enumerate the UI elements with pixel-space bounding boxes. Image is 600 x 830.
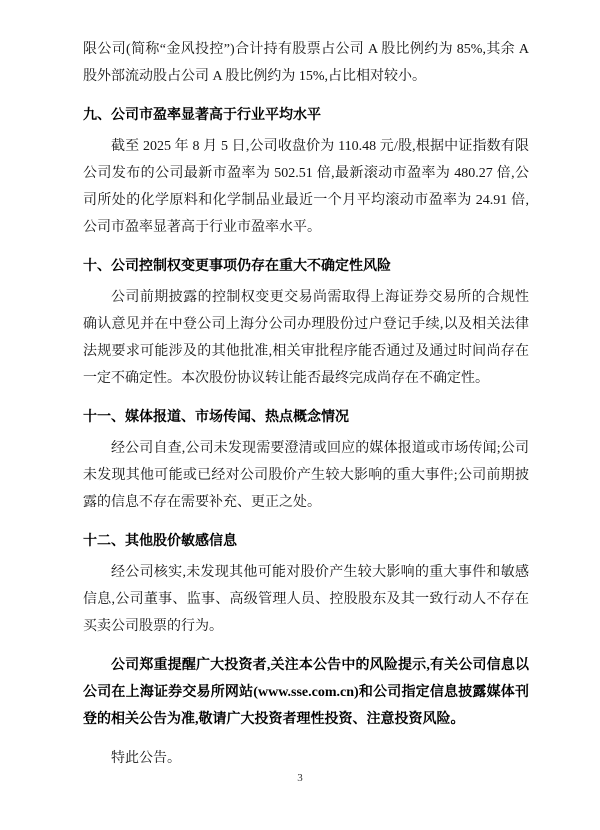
section-heading-9: 九、公司市盈率显著高于行业平均水平 xyxy=(83,102,529,129)
section-paragraph-10: 公司前期披露的控制权变更交易尚需取得上海证券交易所的合规性确认意见并在中登公司上… xyxy=(83,284,529,392)
page-number: 3 xyxy=(0,770,600,786)
section-paragraph-12: 经公司核实,未发现其他可能对股价产生较大影响的重大事件和敏感信息,公司董事、监事… xyxy=(83,559,529,640)
section-heading-11: 十一、媒体报道、市场传闻、热点概念情况 xyxy=(83,404,529,431)
section-heading-10: 十、公司控制权变更事项仍存在重大不确定性风险 xyxy=(83,253,529,280)
paragraph-continuation: 限公司(简称“金风投控”)合计持有股票占公司 A 股比例约为 85%,其余 A … xyxy=(83,36,529,90)
investor-warning-paragraph: 公司郑重提醒广大投资者,关注本公告中的风险提示,有关公司信息以公司在上海证券交易… xyxy=(83,652,529,733)
closing-statement: 特此公告。 xyxy=(83,745,529,772)
document-page: 限公司(简称“金风投控”)合计持有股票占公司 A 股比例约为 85%,其余 A … xyxy=(0,0,600,830)
document-content: 限公司(简称“金风投控”)合计持有股票占公司 A 股比例约为 85%,其余 A … xyxy=(83,36,529,772)
section-paragraph-9: 截至 2025 年 8 月 5 日,公司收盘价为 110.48 元/股,根据中证… xyxy=(83,133,529,241)
section-heading-12: 十二、其他股价敏感信息 xyxy=(83,528,529,555)
section-paragraph-11: 经公司自查,公司未发现需要澄清或回应的媒体报道或市场传闻;公司未发现其他可能或已… xyxy=(83,435,529,516)
